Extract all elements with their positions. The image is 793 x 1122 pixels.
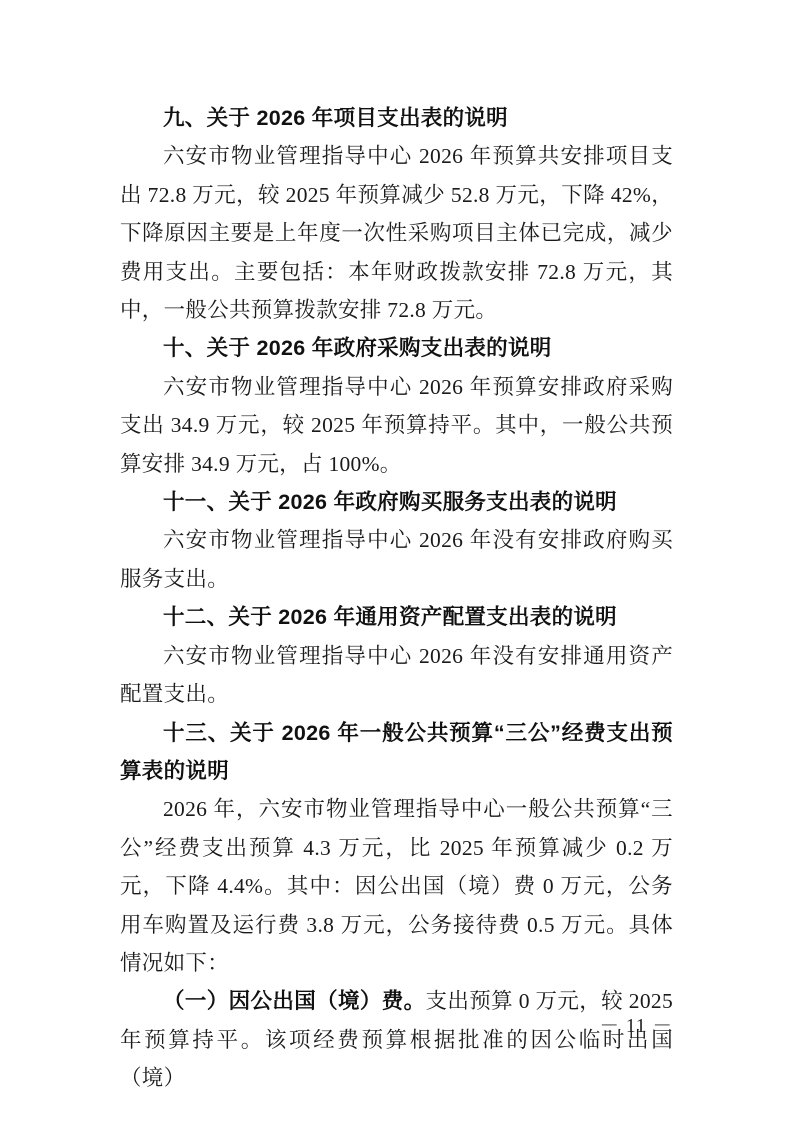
paragraph-three-public-expenses: 2026 年，六安市物业管理指导中心一般公共预算“三公”经费支出预算 4.3 万… (120, 790, 673, 982)
section-heading-10: 十、关于 2026 年政府采购支出表的说明 (120, 329, 673, 367)
paragraph-lead-overseas-travel: （一）因公出国（境）费。 (163, 989, 426, 1013)
paragraph-overseas-travel-expense: （一）因公出国（境）费。支出预算 0 万元，较 2025 年预算持平。该项经费预… (120, 982, 673, 1097)
document-page: 九、关于 2026 年项目支出表的说明 六安市物业管理指导中心 2026 年预算… (0, 0, 793, 1122)
document-body: 九、关于 2026 年项目支出表的说明 六安市物业管理指导中心 2026 年预算… (120, 99, 673, 1098)
section-heading-13: 十三、关于 2026 年一般公共预算“三公”经费支出预算表的说明 (120, 714, 673, 791)
page-number: － 11 － (599, 1016, 673, 1038)
section-heading-9: 九、关于 2026 年项目支出表的说明 (120, 99, 673, 137)
paragraph-government-procurement: 六安市物业管理指导中心 2026 年预算安排政府采购支出 34.9 万元，较 2… (120, 368, 673, 483)
paragraph-general-asset-allocation: 六安市物业管理指导中心 2026 年没有安排通用资产配置支出。 (120, 637, 673, 714)
section-heading-12: 十二、关于 2026 年通用资产配置支出表的说明 (120, 598, 673, 636)
section-heading-11: 十一、关于 2026 年政府购买服务支出表的说明 (120, 483, 673, 521)
paragraph-project-expenditure: 六安市物业管理指导中心 2026 年预算共安排项目支出 72.8 万元，较 20… (120, 137, 673, 329)
paragraph-purchased-services: 六安市物业管理指导中心 2026 年没有安排政府购买服务支出。 (120, 521, 673, 598)
